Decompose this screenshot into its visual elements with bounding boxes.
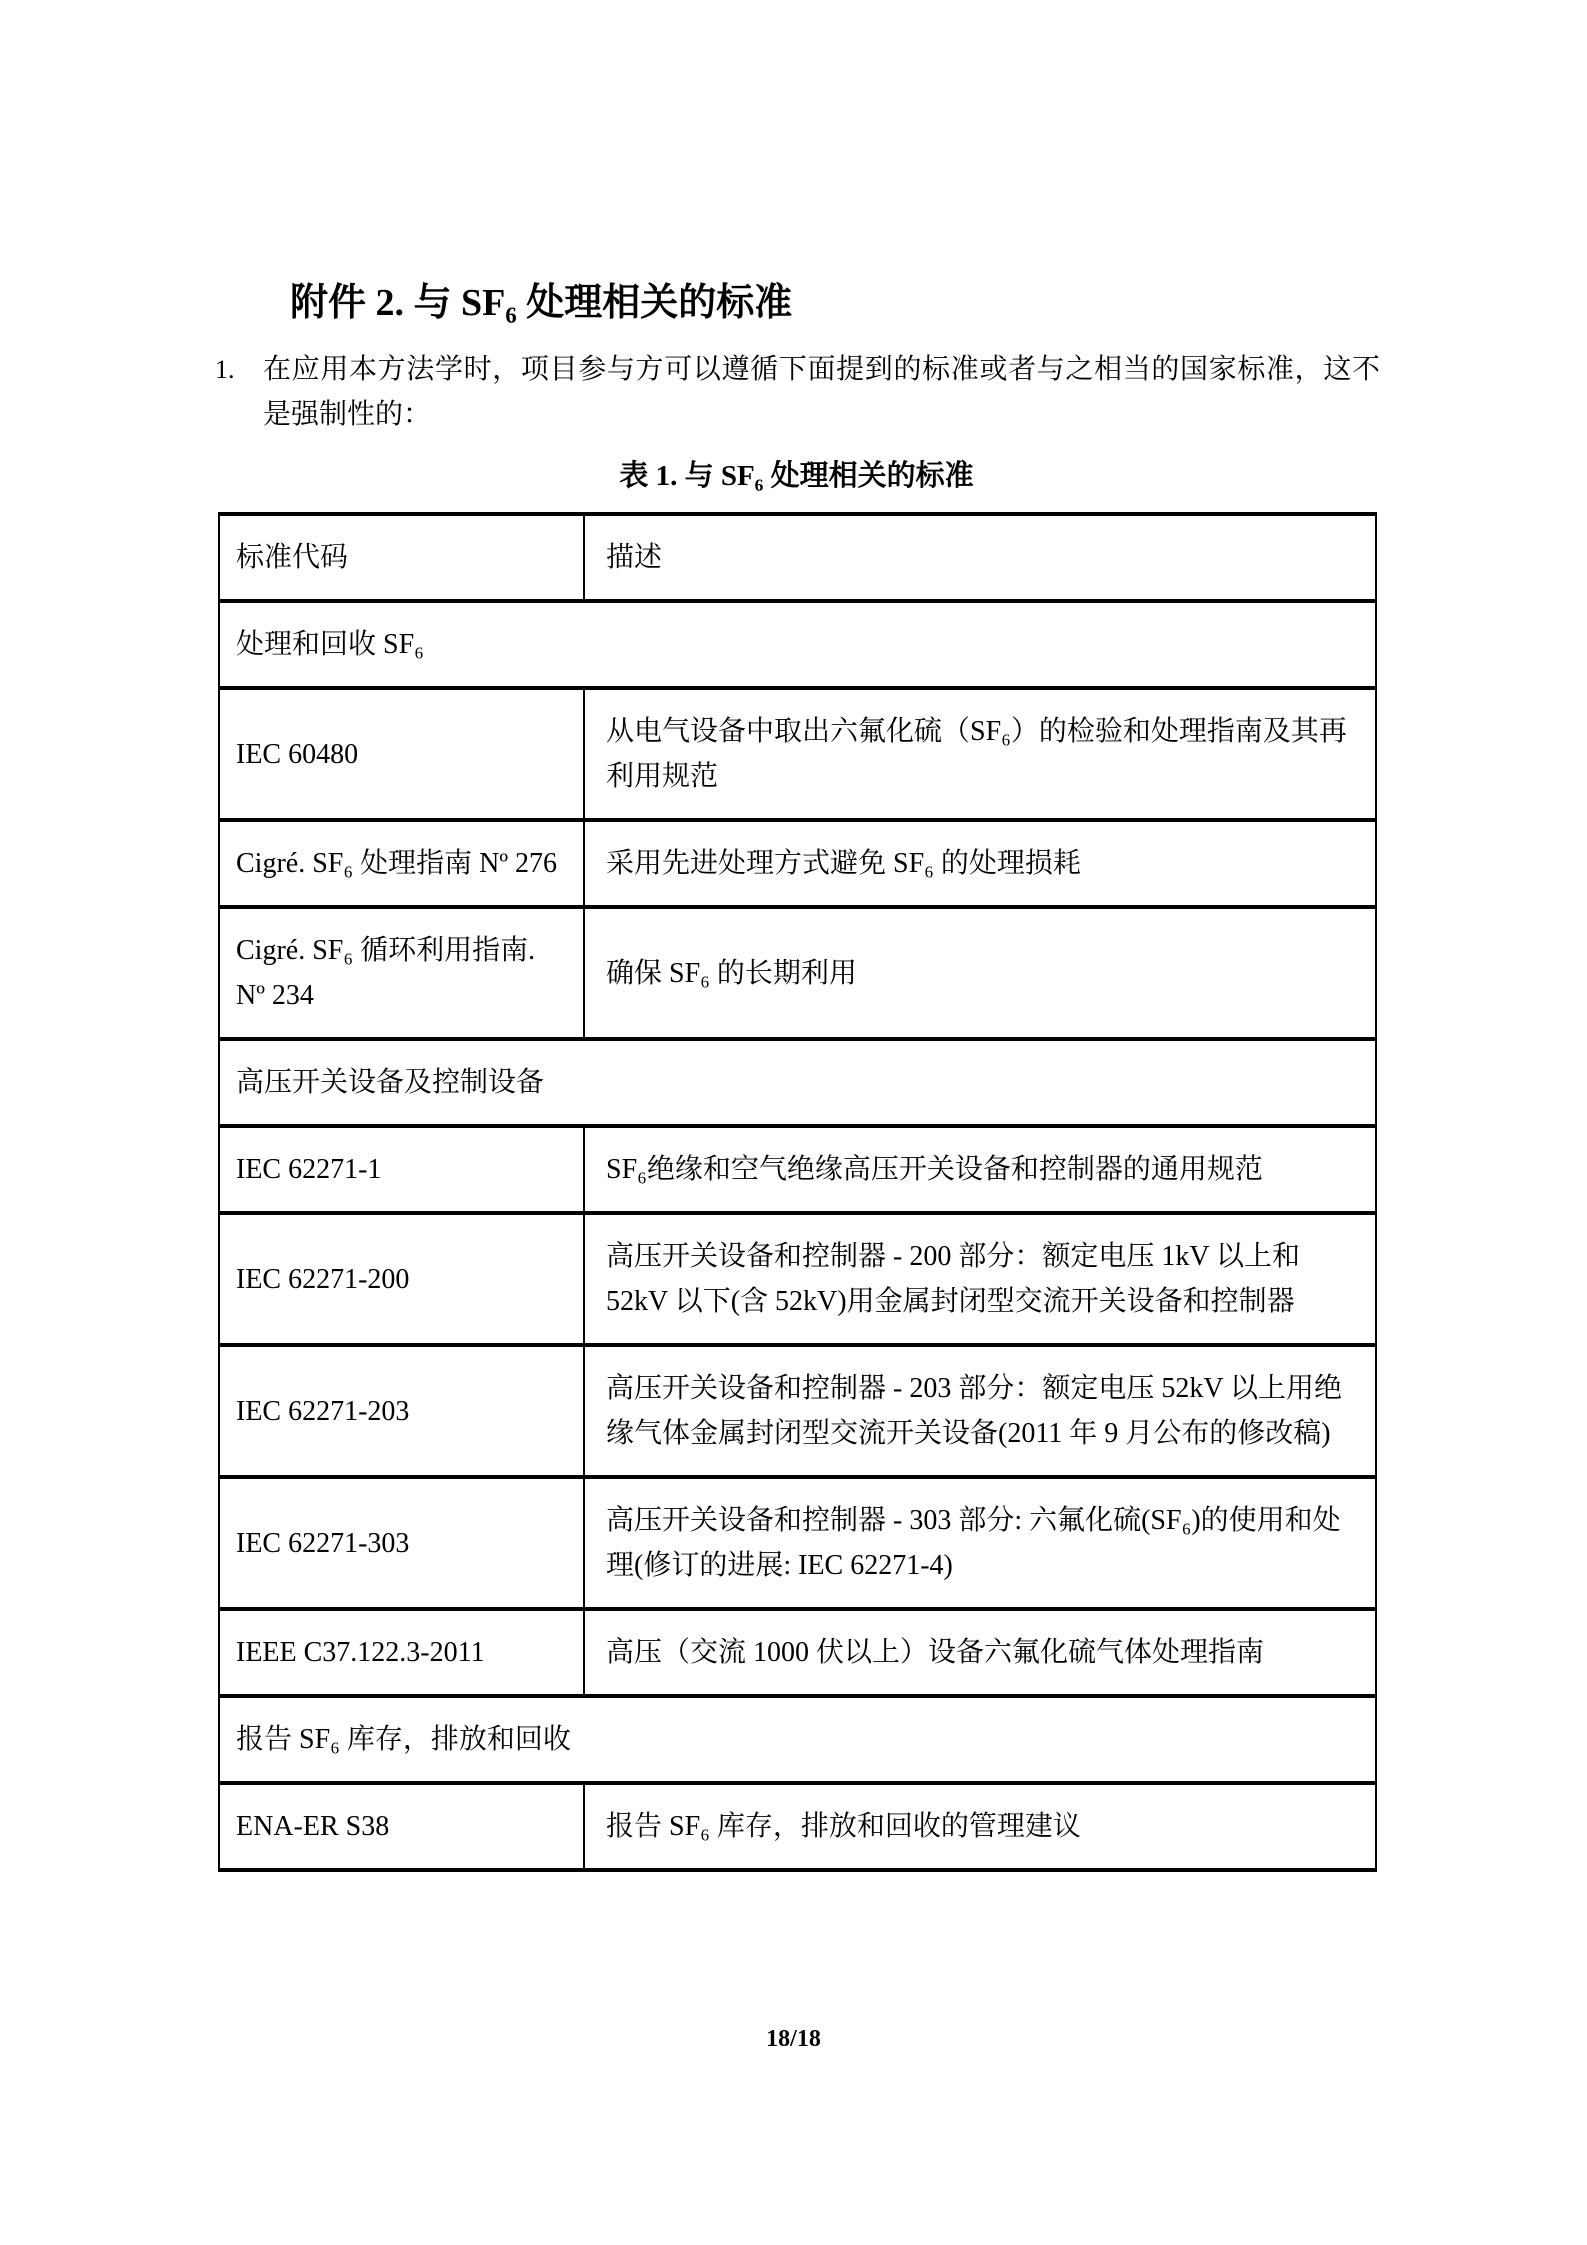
standard-code-cell: IEC 62271-200 — [219, 1213, 584, 1345]
description-cell: 高压开关设备和控制器 - 203 部分：额定电压 52kV 以上用绝缘气体金属封… — [584, 1345, 1376, 1477]
description-cell: 确保 SF₆ 的长期利用 — [584, 907, 1376, 1039]
standard-code-cell: IEC 62271-303 — [219, 1477, 584, 1609]
description-cell: 从电气设备中取出六氟化硫（SF₆）的检验和处理指南及其再利用规范 — [584, 688, 1376, 820]
table-caption: 表 1. 与 SF₆ 处理相关的标准 — [218, 453, 1375, 494]
intro-paragraph: 1. 在应用本方法学时，项目参与方可以遵循下面提到的标准或者与之相当的国家标准，… — [215, 347, 1380, 437]
description-cell: 高压（交流 1000 伏以上）设备六氟化硫气体处理指南 — [584, 1609, 1376, 1696]
standards-table: 标准代码 描述 处理和回收 SF₆ IEC 60480 从电气设备中取出六氟化硫… — [218, 512, 1377, 1872]
standard-code-cell: IEC 62271-203 — [219, 1345, 584, 1477]
table-row: IEC 62271-200 高压开关设备和控制器 - 200 部分：额定电压 1… — [219, 1213, 1376, 1345]
column-header-description: 描述 — [584, 514, 1376, 601]
description-cell: 采用先进处理方式避免 SF₆ 的处理损耗 — [584, 820, 1376, 907]
description-cell: 高压开关设备和控制器 - 200 部分：额定电压 1kV 以上和 52kV 以下… — [584, 1213, 1376, 1345]
standard-code-cell: Cigré. SF₆ 处理指南 Nº 276 — [219, 820, 584, 907]
standard-code-cell: IEC 60480 — [219, 688, 584, 820]
section-label: 报告 SF₆ 库存，排放和回收 — [219, 1696, 1376, 1783]
column-header-standard-code: 标准代码 — [219, 514, 584, 601]
standard-code-cell: IEEE C37.122.3-2011 — [219, 1609, 584, 1696]
standard-code-cell: ENA-ER S38 — [219, 1783, 584, 1870]
paragraph-number: 1. — [215, 347, 263, 392]
standard-code-cell: IEC 62271-1 — [219, 1126, 584, 1213]
table-row: IEC 62271-1 SF₆绝缘和空气绝缘高压开关设备和控制器的通用规范 — [219, 1126, 1376, 1213]
page-number: 18/18 — [0, 2026, 1587, 2053]
section-label: 高压开关设备及控制设备 — [219, 1039, 1376, 1126]
description-cell: 高压开关设备和控制器 - 303 部分: 六氟化硫(SF₆)的使用和处理(修订的… — [584, 1477, 1376, 1609]
table-row: IEC 60480 从电气设备中取出六氟化硫（SF₆）的检验和处理指南及其再利用… — [219, 688, 1376, 820]
section-label: 处理和回收 SF₆ — [219, 601, 1376, 688]
standard-code-cell: Cigré. SF₆ 循环利用指南. Nº 234 — [219, 907, 584, 1039]
description-cell: SF₆绝缘和空气绝缘高压开关设备和控制器的通用规范 — [584, 1126, 1376, 1213]
annex-heading: 附件 2. 与 SF₆ 处理相关的标准 — [290, 281, 792, 327]
table-section-row: 报告 SF₆ 库存，排放和回收 — [219, 1696, 1376, 1783]
table-row: Cigré. SF₆ 循环利用指南. Nº 234 确保 SF₆ 的长期利用 — [219, 907, 1376, 1039]
table-section-row: 处理和回收 SF₆ — [219, 601, 1376, 688]
table-row: Cigré. SF₆ 处理指南 Nº 276 采用先进处理方式避免 SF₆ 的处… — [219, 820, 1376, 907]
table-row: IEC 62271-303 高压开关设备和控制器 - 303 部分: 六氟化硫(… — [219, 1477, 1376, 1609]
table-row: IEC 62271-203 高压开关设备和控制器 - 203 部分：额定电压 5… — [219, 1345, 1376, 1477]
description-cell: 报告 SF₆ 库存，排放和回收的管理建议 — [584, 1783, 1376, 1870]
document-page: 附件 2. 与 SF₆ 处理相关的标准 1. 在应用本方法学时，项目参与方可以遵… — [0, 0, 1587, 2245]
paragraph-text: 在应用本方法学时，项目参与方可以遵循下面提到的标准或者与之相当的国家标准，这不是… — [263, 347, 1380, 437]
table-row: IEEE C37.122.3-2011 高压（交流 1000 伏以上）设备六氟化… — [219, 1609, 1376, 1696]
table-row: ENA-ER S38 报告 SF₆ 库存，排放和回收的管理建议 — [219, 1783, 1376, 1870]
table-section-row: 高压开关设备及控制设备 — [219, 1039, 1376, 1126]
table-header-row: 标准代码 描述 — [219, 514, 1376, 601]
